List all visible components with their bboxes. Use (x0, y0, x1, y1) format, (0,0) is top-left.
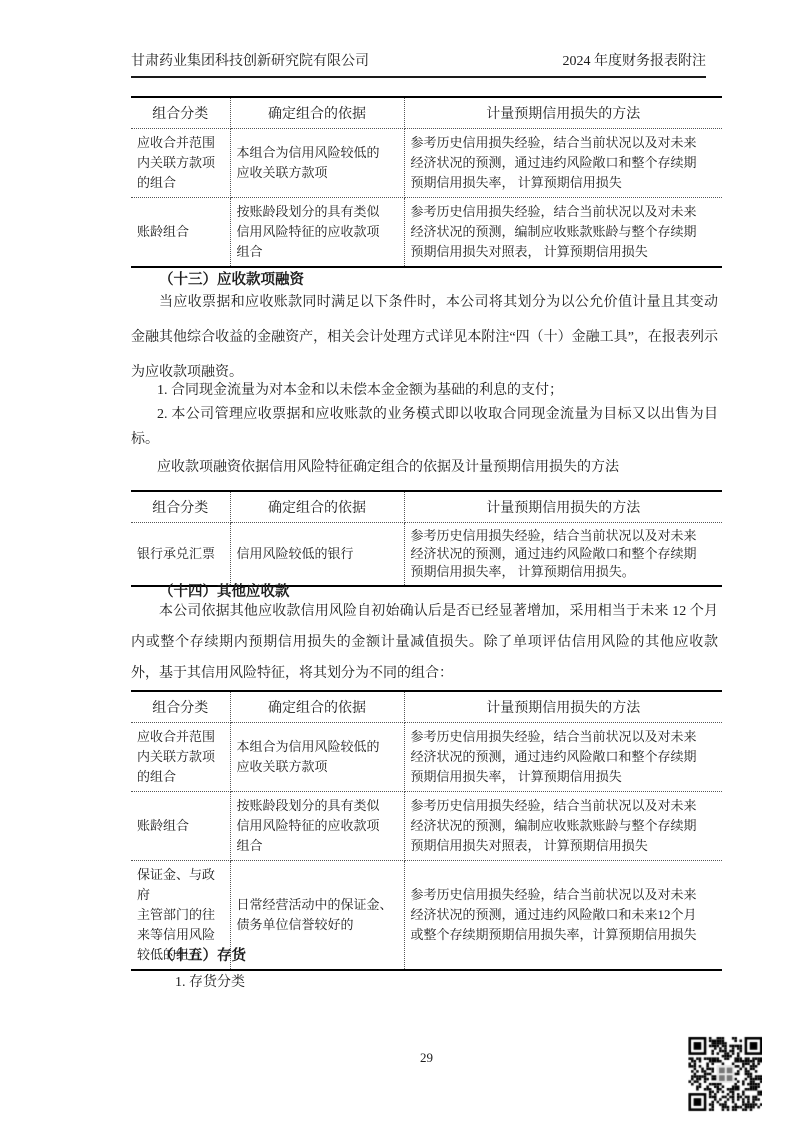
section-15-heading: （十五）存货 (131, 944, 722, 965)
cell-category: 应收合并范围 内关联方款项 的组合 (131, 129, 230, 198)
cell-method: 参考历史信用损失经验，结合当前状况以及对未来 经济状况的预测，通过违约风险敞口和… (404, 523, 722, 587)
cell-category: 应收合并范围 内关联方款项 的组合 (131, 723, 230, 792)
qr-code (688, 1035, 762, 1112)
cell-method: 参考历史信用损失经验，结合当前状况以及对未来 经济状况的预测，通过违约风险敞口和… (404, 129, 722, 198)
section-13-item-2: 2. 本公司管理应收票据和应收账款的业务模式即以收取合同现金流量为目标又以出售为… (131, 402, 722, 452)
table-row: 账龄组合 按账龄段划分的具有类似 信用风险特征的应收款项 组合 参考历史信用损失… (131, 198, 722, 268)
page-header: 甘肃药业集团科技创新研究院有限公司 2024 年度财务报表附注 (131, 50, 706, 78)
cell-category: 账龄组合 (131, 792, 230, 861)
cell-category: 银行承兑汇票 (131, 523, 230, 587)
other-receivables-table: 组合分类 确定组合的依据 计量预期信用损失的方法 应收合并范围 内关联方款项 的… (131, 690, 722, 971)
col-header-method: 计量预期信用损失的方法 (404, 97, 722, 129)
page-number: 29 (131, 1050, 722, 1066)
table-row: 银行承兑汇票 信用风险较低的银行 参考历史信用损失经验，结合当前状况以及对未来 … (131, 523, 722, 587)
document-page: 甘肃药业集团科技创新研究院有限公司 2024 年度财务报表附注 组合分类 确定组… (0, 0, 794, 1123)
receivables-financing-table: 组合分类 确定组合的依据 计量预期信用损失的方法 银行承兑汇票 信用风险较低的银… (131, 490, 722, 587)
section-13-item-1: 1. 合同现金流量为对本金和以未偿本金金额为基础的利息的支付； (131, 378, 722, 403)
col-header-portfolio: 组合分类 (131, 97, 230, 129)
col-header-basis: 确定组合的依据 (230, 97, 404, 129)
col-header-method: 计量预期信用损失的方法 (404, 491, 722, 523)
header-doc-title: 2024 年度财务报表附注 (563, 50, 707, 70)
receivables-portfolio-table-1: 组合分类 确定组合的依据 计量预期信用损失的方法 应收合并范围 内关联方款项 的… (131, 96, 722, 268)
col-header-portfolio: 组合分类 (131, 691, 230, 723)
cell-basis: 按账龄段划分的具有类似 信用风险特征的应收款项 组合 (230, 792, 404, 861)
section-14-paragraph: 本公司依据其他应收款信用风险自初始确认后是否已经显著增加，采用相当于未来 12 … (131, 596, 722, 689)
col-header-basis: 确定组合的依据 (230, 491, 404, 523)
cell-method: 参考历史信用损失经验，结合当前状况以及对未来 经济状况的预测，通过违约风险敞口和… (404, 723, 722, 792)
section-13-paragraph: 当应收票据和应收账款同时满足以下条件时，本公司将其划分为以公允价值计量且其变动金… (131, 285, 722, 390)
cell-basis: 本组合为信用风险较低的 应收关联方款项 (230, 723, 404, 792)
table-row: 应收合并范围 内关联方款项 的组合 本组合为信用风险较低的 应收关联方款项 参考… (131, 723, 722, 792)
table-row: 账龄组合 按账龄段划分的具有类似 信用风险特征的应收款项 组合 参考历史信用损失… (131, 792, 722, 861)
table-header-row: 组合分类 确定组合的依据 计量预期信用损失的方法 (131, 97, 722, 129)
section-15-item-1: 1. 存货分类 (131, 970, 722, 995)
cell-basis: 信用风险较低的银行 (230, 523, 404, 587)
cell-basis: 本组合为信用风险较低的 应收关联方款项 (230, 129, 404, 198)
table-row: 应收合并范围 内关联方款项 的组合 本组合为信用风险较低的 应收关联方款项 参考… (131, 129, 722, 198)
header-company: 甘肃药业集团科技创新研究院有限公司 (131, 50, 369, 70)
cell-method: 参考历史信用损失经验，结合当前状况以及对未来 经济状况的预测，编制应收账款账龄与… (404, 792, 722, 861)
table-header-row: 组合分类 确定组合的依据 计量预期信用损失的方法 (131, 491, 722, 523)
cell-basis: 按账龄段划分的具有类似 信用风险特征的应收款项 组合 (230, 198, 404, 268)
col-header-basis: 确定组合的依据 (230, 691, 404, 723)
table-header-row: 组合分类 确定组合的依据 计量预期信用损失的方法 (131, 691, 722, 723)
col-header-portfolio: 组合分类 (131, 491, 230, 523)
col-header-method: 计量预期信用损失的方法 (404, 691, 722, 723)
cell-category: 账龄组合 (131, 198, 230, 268)
cell-method: 参考历史信用损失经验，结合当前状况以及对未来 经济状况的预测，编制应收账款账龄与… (404, 198, 722, 268)
section-13-note: 应收款项融资依据信用风险特征确定组合的依据及计量预期信用损失的方法 (131, 455, 722, 480)
